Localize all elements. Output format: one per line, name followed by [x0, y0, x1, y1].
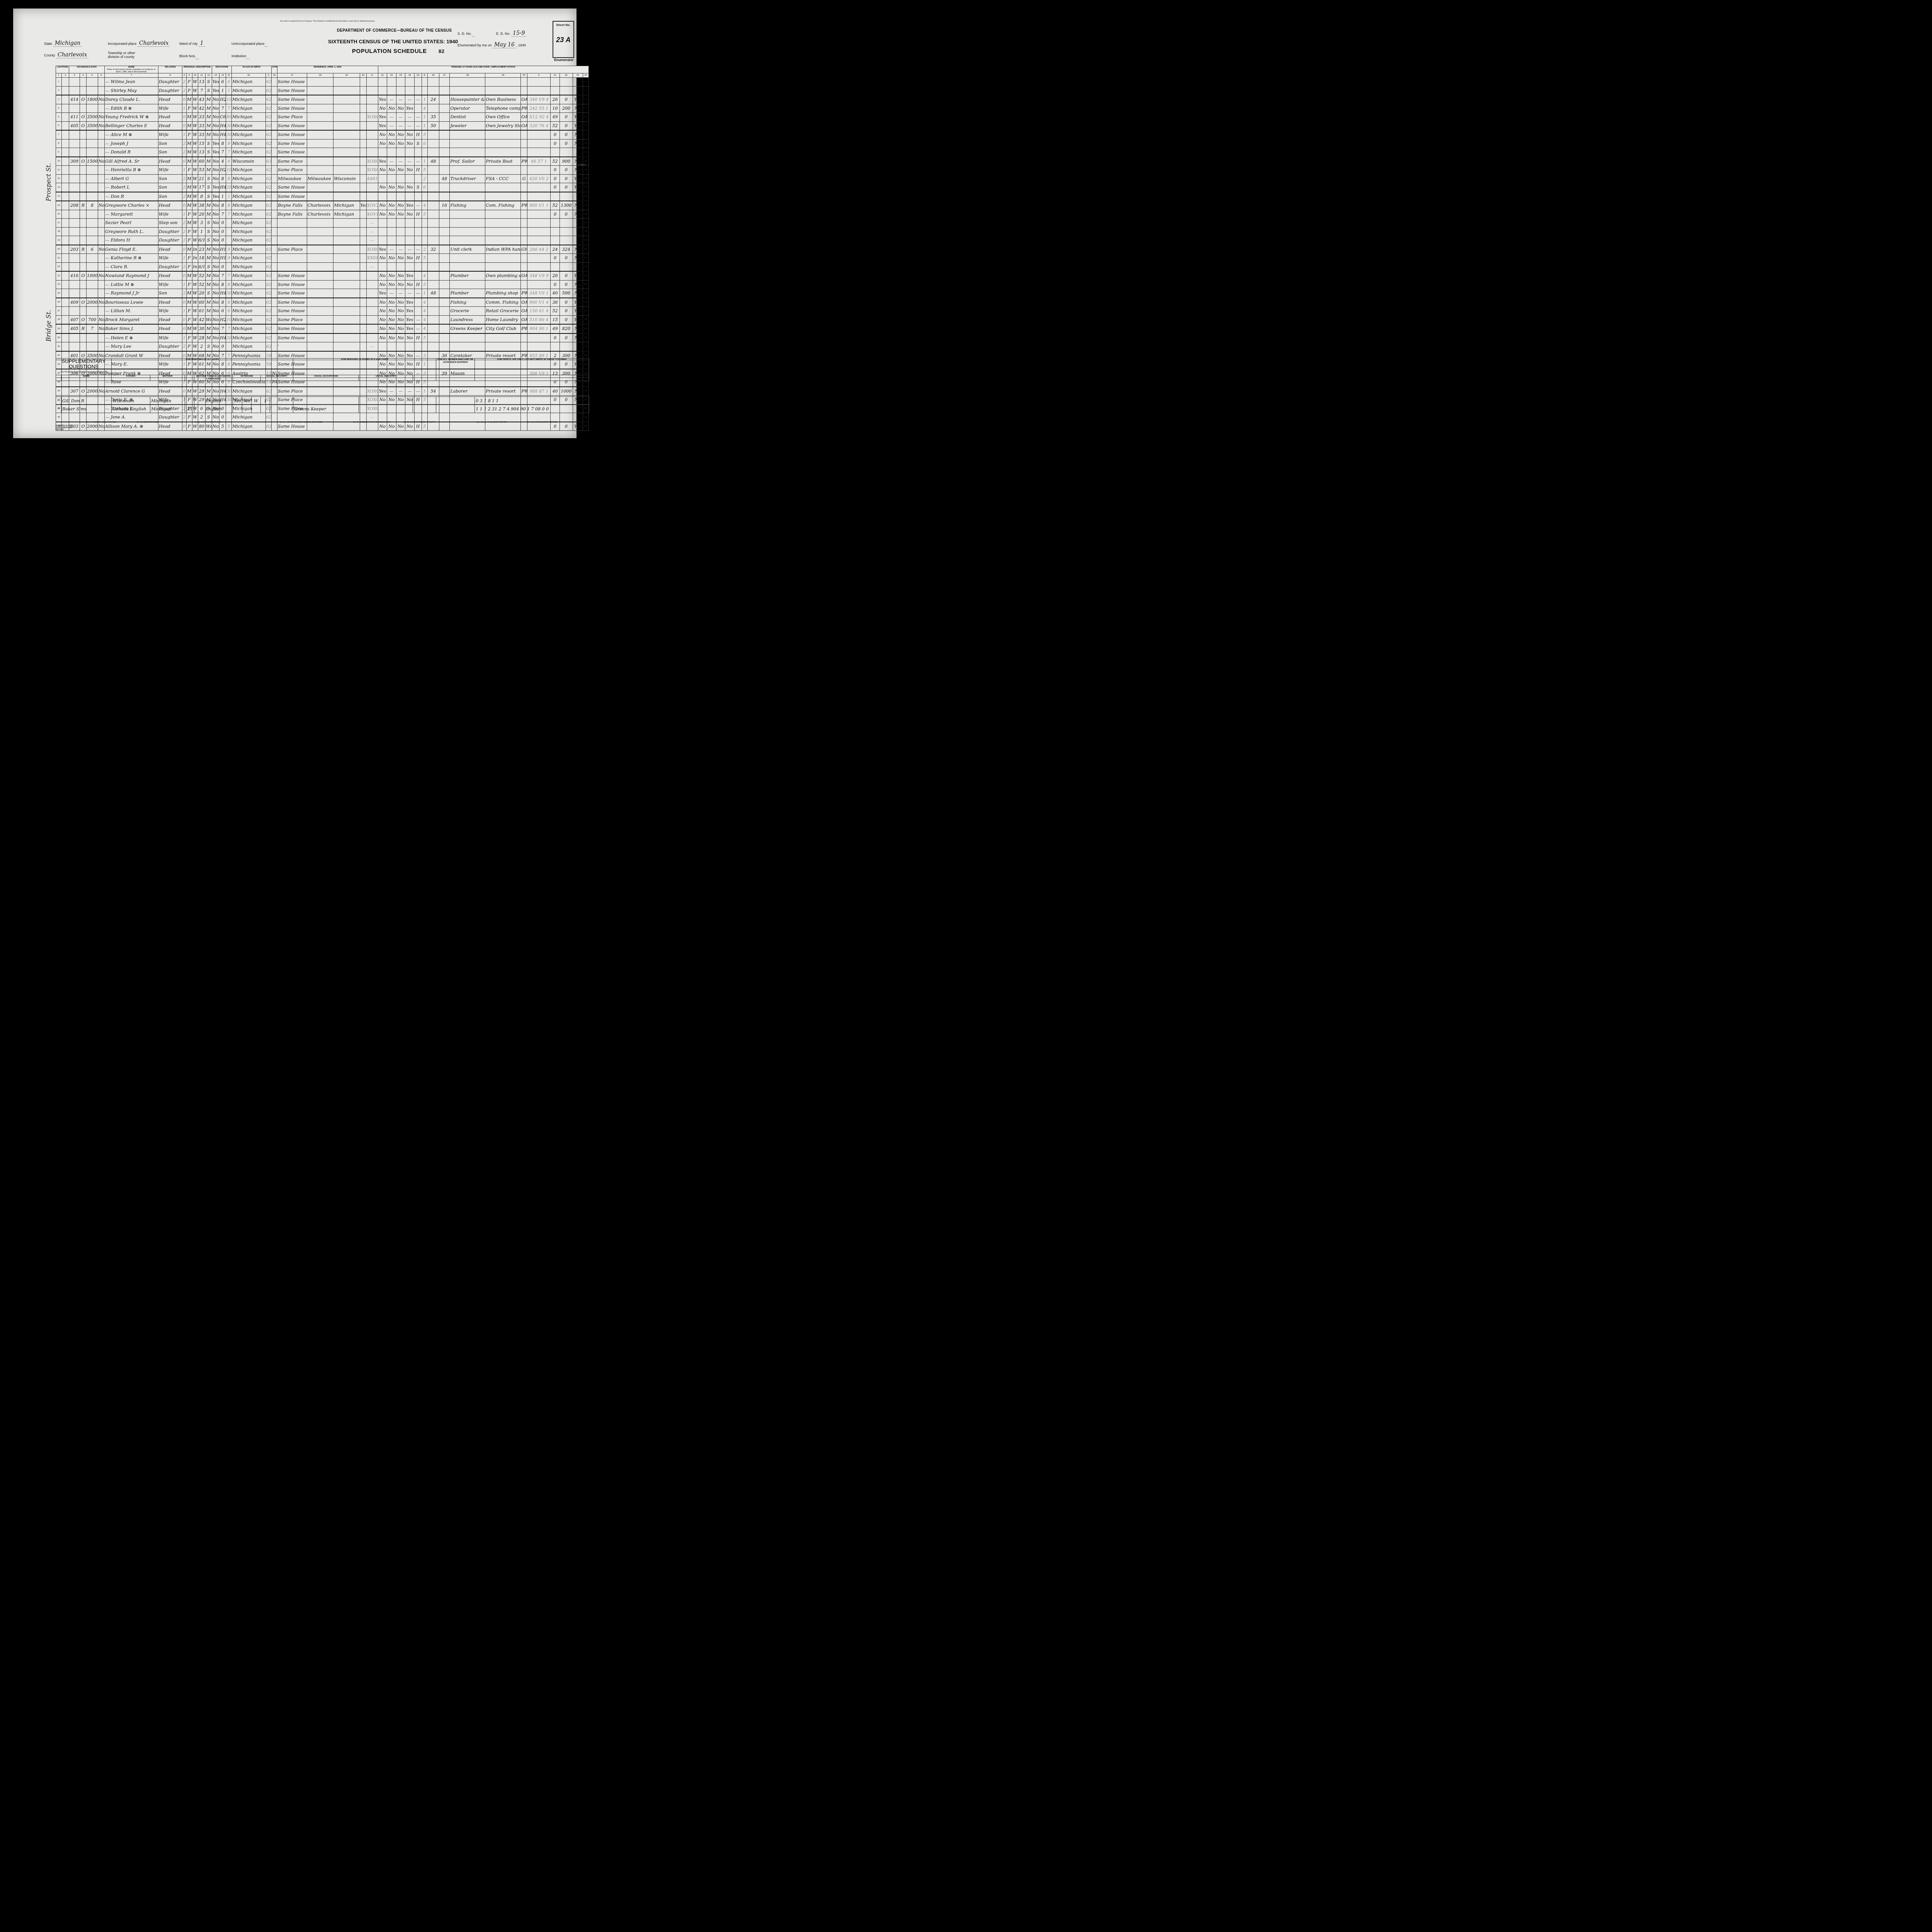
cell-has-job: — [405, 245, 415, 254]
cell-relation: Wife [158, 210, 182, 219]
cell-work: Yes [378, 245, 387, 254]
cell-weeks: 36 [551, 298, 560, 307]
cell-farm-sched: 15 [583, 201, 588, 210]
cell-code-c: 62 [265, 280, 271, 289]
cell-weeks: 0 [551, 210, 560, 219]
section-women: FOR ALL WOMEN WHO ARE OR HAVE BEEN MARRI… [436, 359, 475, 375]
cell-industry: Private Boat [485, 157, 521, 166]
cell-industry [485, 342, 521, 351]
legal-notice: Your report is required by Act of Congre… [280, 20, 527, 22]
cell-street [61, 95, 69, 104]
cell-farm-sched: 12 [583, 174, 588, 183]
cell-name: — Katherine R ⊗ [105, 254, 158, 263]
cell-res-farm [360, 104, 366, 113]
cell-marital: Wd [205, 315, 212, 324]
cell-code-a: 0 [182, 324, 187, 333]
cell-class [521, 166, 527, 175]
cell-school: No [212, 271, 219, 280]
cell-farm [98, 210, 104, 219]
cell-code-b: 7 [226, 148, 232, 157]
cell-farm-sched: 24 [583, 280, 588, 289]
cell-age: 33 [198, 130, 205, 139]
table-row: 11— Henrietta B ⊗Wife1FW53MNoH210Michiga… [56, 166, 589, 175]
cell-age: 33 [198, 121, 205, 130]
cell-house [69, 174, 80, 183]
cell-race: In [192, 262, 198, 271]
cell-code-c: 62 [265, 113, 271, 122]
cell-line: 16 [56, 210, 62, 219]
cell-work [378, 236, 387, 245]
cell-industry: Com. Fishing [485, 201, 521, 210]
cell-wages: 0 [560, 113, 573, 122]
ed-field: E. D. No. 15-9 [496, 30, 526, 36]
cell-farm-sched: 23 [583, 271, 588, 280]
cell-own: O [80, 95, 86, 104]
cell-industry [485, 210, 521, 219]
cell-value: 2000 [87, 298, 98, 307]
cell-other-income: Yes [573, 271, 583, 280]
cell-code-d: XOXO [366, 113, 378, 122]
cell-sex: F [186, 342, 192, 351]
cell-other-income: No [573, 254, 583, 263]
cell-sex: F [186, 280, 192, 289]
cell-res-county [307, 166, 333, 175]
cell-relation: Wife [158, 130, 182, 139]
cell-code-e: 1 [422, 113, 427, 122]
column-numbers: 123456 78A91011121314B 15C16 17181920D 2… [56, 73, 589, 78]
cell-own [80, 210, 86, 219]
cell-code-d: — [366, 236, 378, 245]
cell-pub [387, 148, 396, 157]
cell-sex: M [186, 148, 192, 157]
cell-code-b [226, 342, 232, 351]
cell-pub: No [387, 271, 396, 280]
cell-code-e: 4 [422, 307, 427, 316]
cell-school: No [212, 104, 219, 113]
cell-value [87, 86, 98, 95]
cell-res-county [307, 157, 333, 166]
cell-sex: F [186, 104, 192, 113]
cell-pub: No [387, 210, 396, 219]
cell-age: 17 [198, 183, 205, 192]
cell-industry: Own Business [485, 95, 521, 104]
cell-work [378, 78, 387, 87]
cell-res-city [277, 254, 307, 263]
cell-seek: No [396, 201, 405, 210]
cell-house: 416 [69, 271, 80, 280]
cell-other-income: Yes [573, 95, 583, 104]
cell-farm: No [98, 121, 104, 130]
cell-code-e: 5 [422, 130, 427, 139]
cell-code-d [366, 78, 378, 87]
cell-line: 21 [56, 254, 62, 263]
cell-code-c: 62 [265, 315, 271, 324]
cell-industry [485, 130, 521, 139]
cell-line: 15 [56, 201, 62, 210]
cell-grade: 7 [219, 271, 226, 280]
cell-seek: No [396, 280, 405, 289]
cell-occupation: Jeweler [450, 121, 485, 130]
cell-pub [387, 192, 396, 201]
cell-pub [387, 262, 396, 271]
cell-age: 60 [198, 298, 205, 307]
cell-code-f: 510 86 4 [527, 315, 551, 324]
cell-age: 28 [198, 333, 205, 342]
cell-work: No [378, 324, 387, 333]
cell-other-income: Yes [573, 298, 583, 307]
cell-school: No [212, 307, 219, 316]
cell-class [521, 148, 527, 157]
cell-sex: F [186, 227, 192, 236]
cell-name: Gregwore Ruth L. [105, 227, 158, 236]
cell-house [69, 166, 80, 175]
cell-relation: Head [158, 157, 182, 166]
cell-other-income: No [573, 201, 583, 210]
cell-house-type: — [414, 121, 422, 130]
cell-citizen [271, 219, 277, 228]
cell-grade: 8 [219, 298, 226, 307]
cell-school: No [212, 289, 219, 298]
cell-grade: 8 [219, 174, 226, 183]
unincorporated-field: Unincorporated place [231, 40, 268, 46]
cell-res-state [333, 324, 360, 333]
cell-res-county [307, 121, 333, 130]
cell-line: 6 [56, 121, 62, 130]
cell-race: W [192, 104, 198, 113]
cell-farm-sched: 10 [583, 157, 588, 166]
cell-grade: 0 [219, 227, 226, 236]
cell-code-d [366, 333, 378, 342]
cell-code-b [226, 227, 232, 236]
cell-school: No [212, 157, 219, 166]
cell-wages: 500 [560, 289, 573, 298]
cell-school: No [212, 342, 219, 351]
cell-farm: No [98, 201, 104, 210]
cell-birthplace: Michigan [232, 174, 266, 183]
table-row: 2— Shirley MayDaughter2FW7SYes11Michigan… [56, 86, 589, 95]
cell-name: — Joseph J [105, 139, 158, 148]
cell-has-job: No [405, 183, 415, 192]
cell-birthplace: Wisconsin [232, 157, 266, 166]
cell-birthplace: Michigan [232, 210, 266, 219]
cell-house [69, 254, 80, 263]
cell-age: 2 [198, 342, 205, 351]
cell-res-state: Wisconsin [333, 174, 360, 183]
cell-relation: Son [158, 289, 182, 298]
cell-res-city [277, 219, 307, 228]
cell-occupation [450, 86, 485, 95]
cell-industry: Indian WPA handicraft arts [485, 245, 521, 254]
cell-house [69, 86, 80, 95]
cell-code-a: 2 [182, 183, 187, 192]
cell-res-farm [360, 227, 366, 236]
cell-sex: M [186, 298, 192, 307]
cell-name: — Edith B ⊗ [105, 104, 158, 113]
cell-res-farm [360, 78, 366, 87]
cell-seek [396, 219, 405, 228]
cell-unemp [439, 148, 450, 157]
cell-occupation: Fishing [450, 298, 485, 307]
cell-relation: Wife [158, 307, 182, 316]
cell-work: Yes [378, 95, 387, 104]
cell-industry [485, 192, 521, 201]
cell-line: 23 [56, 271, 62, 280]
cell-line: 13 [56, 183, 62, 192]
cell-unemp [439, 280, 450, 289]
cell-work [378, 342, 387, 351]
cell-sex: F [186, 307, 192, 316]
cell-res-farm [360, 148, 366, 157]
cell-code-f [527, 219, 551, 228]
cell-house-type [414, 307, 422, 316]
cell-unemp [439, 307, 450, 316]
cell-race: W [192, 289, 198, 298]
cell-birthplace: Michigan [232, 139, 266, 148]
cell-code-e [422, 192, 427, 201]
cell-race: In [192, 245, 198, 254]
ward-value: 1 [199, 40, 205, 47]
cell-seek: — [396, 95, 405, 104]
cell-name: — Wilma Jean [105, 78, 158, 87]
cell-other-income: Yes [573, 113, 583, 122]
cell-marital: S [205, 86, 212, 95]
cell-farm-sched: 18 [583, 227, 588, 236]
cell-res-city [277, 236, 307, 245]
cell-age: 61 [198, 307, 205, 316]
cell-code-f: 348 V9 1 [527, 289, 551, 298]
cell-race: W [192, 227, 198, 236]
cell-grade: 0 [219, 342, 226, 351]
cell-value: 3500 [87, 121, 98, 130]
cell-work: No [378, 201, 387, 210]
cell-work [378, 174, 387, 183]
cell-work: Yes [378, 113, 387, 122]
cell-hours: 32 [427, 245, 439, 254]
cell-res-city: Same House [277, 280, 307, 289]
cell-unemp [439, 210, 450, 219]
cell-wages: 0 [560, 95, 573, 104]
cell-code-d [366, 289, 378, 298]
cell-res-city: Same House [277, 78, 307, 87]
cell-name: — Donald R [105, 148, 158, 157]
cell-value: 1000 [87, 271, 98, 280]
cell-citizen [271, 166, 277, 175]
cell-name: — Eldora H [105, 236, 158, 245]
cell-house-type: — [414, 315, 422, 324]
street-name-upper: Prospect St. [45, 163, 52, 201]
table-row: 10309O1500NoGill Alfred A. SrHead0MW60MN… [56, 157, 589, 166]
cell-occupation: Plumber [450, 271, 485, 280]
cell-res-farm [360, 315, 366, 324]
cell-relation: Daughter [158, 86, 182, 95]
cell-citizen [271, 78, 277, 87]
cell-res-city: Same House [277, 121, 307, 130]
cell-has-job: No [405, 130, 415, 139]
cell-value [87, 307, 98, 316]
col-employment: PERSONS 14 YEARS OLD AND OVER—EMPLOYMENT… [378, 66, 588, 73]
cell-value: 7 [87, 324, 98, 333]
cell-class [521, 78, 527, 87]
cell-marital: M [205, 254, 212, 263]
cell-hours [427, 280, 439, 289]
cell-hours: 35 [427, 113, 439, 122]
cell-hours [427, 307, 439, 316]
cell-code-b: 20 [226, 183, 232, 192]
cell-value [87, 139, 98, 148]
cell-farm-sched: 22 [583, 262, 588, 271]
cell-weeks [551, 219, 560, 228]
cell-farm-sched: 16 [583, 210, 588, 219]
cell-house-type [414, 342, 422, 351]
cell-value [87, 148, 98, 157]
table-row: 21— Katherine R ⊗Wife1FIn18MNoH19Michiga… [56, 254, 589, 263]
cell-industry [485, 254, 521, 263]
cell-value [87, 342, 98, 351]
cell-code-b: 6 [226, 78, 232, 87]
cell-marital: M [205, 298, 212, 307]
cell-line: 19 [56, 236, 62, 245]
cell-grade: 6 [219, 78, 226, 87]
cell-name: — Alice M ⊗ [105, 130, 158, 139]
cell-line: 27 [56, 307, 62, 316]
cell-house: 409 [69, 298, 80, 307]
cell-citizen [271, 280, 277, 289]
cell-house [69, 183, 80, 192]
cell-res-state [333, 148, 360, 157]
cell-marital: M [205, 157, 212, 166]
cell-res-state [333, 95, 360, 104]
cell-code-f: 266 44 2 [527, 245, 551, 254]
supplementary-title: SUPPLEMENTARY QUESTIONS For Persons Enum… [56, 359, 112, 375]
cell-house-type: — [414, 289, 422, 298]
cell-unemp [439, 183, 450, 192]
cell-line: 10 [56, 157, 62, 166]
cell-code-a: 2 [182, 78, 187, 87]
cell-hours: 48 [427, 289, 439, 298]
cell-res-city: Same House [277, 183, 307, 192]
cell-school: No [212, 333, 219, 342]
cell-value [87, 192, 98, 201]
cell-pub: — [387, 121, 396, 130]
cell-farm-sched: 4 [583, 104, 588, 113]
cell-res-city: Same House [277, 130, 307, 139]
cell-street [61, 139, 69, 148]
cell-pub [387, 86, 396, 95]
cell-race: W [192, 78, 198, 87]
cell-res-city: Same House [277, 148, 307, 157]
cell-work: No [378, 333, 387, 342]
cell-marital: S [205, 236, 212, 245]
cell-other-income: No [573, 324, 583, 333]
cell-farm [98, 86, 104, 95]
cell-code-f [527, 148, 551, 157]
cell-marital: M [205, 166, 212, 175]
cell-code-c: 62 [265, 245, 271, 254]
cell-hours [427, 174, 439, 183]
cell-res-city: Same House [277, 95, 307, 104]
cell-line: 3 [56, 95, 62, 104]
sheet-number: 23 A [553, 36, 573, 44]
cell-work: Yes [378, 289, 387, 298]
cell-class: PW [521, 201, 527, 210]
cell-code-e: 4 [422, 324, 427, 333]
cell-occupation [450, 342, 485, 351]
section-all-ages: FOR PERSONS OF ALL AGES [112, 359, 293, 375]
cell-birthplace: Michigan [232, 262, 266, 271]
table-row: 16— MargarettWife1FW20MNo77Michigan62Boy… [56, 210, 589, 219]
cell-code-b: 9 [226, 139, 232, 148]
cell-wages: 0 [560, 166, 573, 175]
cell-relation: Step son [158, 219, 182, 228]
cell-farm: No [98, 271, 104, 280]
cell-street [61, 130, 69, 139]
cell-has-job: Yes [405, 324, 415, 333]
cell-hours [427, 148, 439, 157]
cell-code-d [366, 95, 378, 104]
cell-house: 208 [69, 201, 80, 210]
cell-name: — Lottie M ⊗ [105, 280, 158, 289]
cell-relation: Head [158, 324, 182, 333]
cell-house-type [414, 298, 422, 307]
cell-sex: M [186, 157, 192, 166]
cell-own [80, 166, 86, 175]
cell-code-d: XX09 [366, 254, 378, 263]
cell-farm-sched: 2 [583, 86, 588, 95]
cell-wages: 0 [560, 298, 573, 307]
cell-school: Yes [212, 192, 219, 201]
cell-own: R [80, 324, 86, 333]
cell-code-c: 62 [265, 324, 271, 333]
cell-school: No [212, 254, 219, 263]
cell-grade: C6 [219, 113, 226, 122]
cell-age: 8 [198, 192, 205, 201]
cell-code-e: 4 [422, 104, 427, 113]
cell-res-city: Same House [277, 333, 307, 342]
cell-birthplace: Michigan [232, 298, 266, 307]
cell-code-c: 62 [265, 342, 271, 351]
cell-farm [98, 333, 104, 342]
cell-house-type [414, 78, 422, 87]
cell-name: — Shirley May [105, 86, 158, 95]
cell-name: — Raymond J Jr [105, 289, 158, 298]
cell-other-income: No [573, 157, 583, 166]
cell-value [87, 219, 98, 228]
cell-res-city: Boyne Falls [277, 210, 307, 219]
cell-house-type [414, 148, 422, 157]
cell-pub [387, 227, 396, 236]
cell-has-job: — [405, 113, 415, 122]
cell-value [87, 289, 98, 298]
cell-weeks: 0 [551, 280, 560, 289]
cell-res-state [333, 121, 360, 130]
table-row: 23416O1000NoNowland Raymond JHead0MW52MN… [56, 271, 589, 280]
cell-code-b: 10 [226, 315, 232, 324]
cell-farm: No [98, 324, 104, 333]
cell-res-county [307, 333, 333, 342]
cell-code-e [422, 86, 427, 95]
cell-age: 42 [198, 104, 205, 113]
cell-wages: 200 [560, 104, 573, 113]
cell-code-a: 1 [182, 254, 187, 263]
cell-code-c: 62 [265, 166, 271, 175]
cell-birthplace: Michigan [232, 121, 266, 130]
enumerated-field: Enumerated by me on May 16, 1940 [457, 42, 526, 48]
cell-race: W [192, 280, 198, 289]
cell-school: No [212, 298, 219, 307]
col-education: EDUCATION [212, 66, 231, 73]
cell-class: OA [521, 307, 527, 316]
cell-seek: No [396, 104, 405, 113]
